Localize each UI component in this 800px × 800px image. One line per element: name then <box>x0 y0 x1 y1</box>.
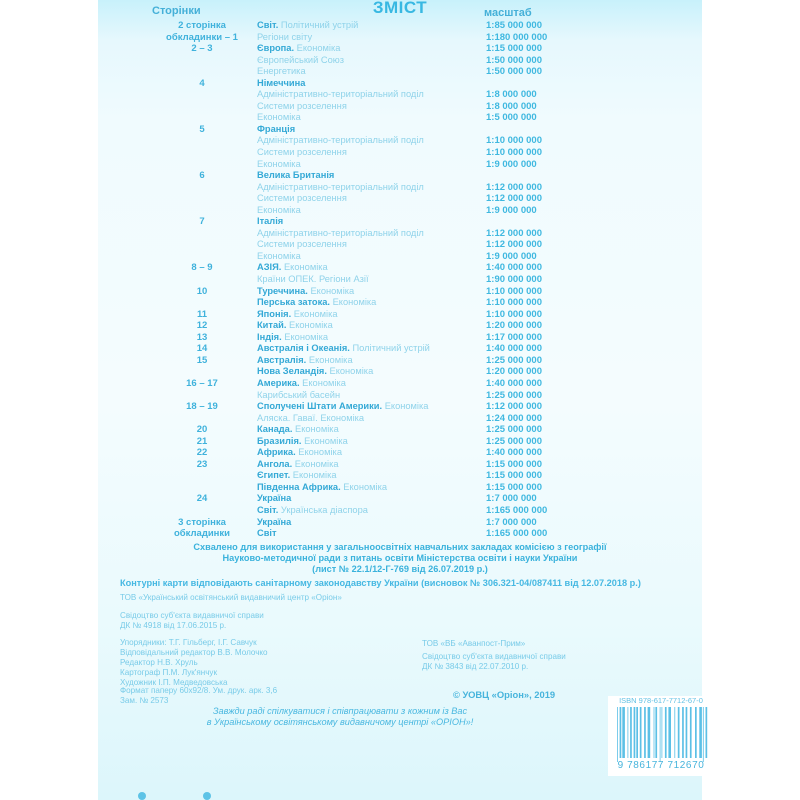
map-title: Економіка <box>257 112 301 124</box>
map-region: Австралія. <box>257 355 306 365</box>
page-number: 15 <box>158 355 246 367</box>
map-title: Адміністративно-територіальний поділ <box>257 135 424 147</box>
table-row: 15Австралія. Економіка1:25 000 000 <box>98 355 702 367</box>
map-title: Адміністративно-територіальний поділ <box>257 182 424 194</box>
credits: Упорядники: Т.Г. Гільберг, І.Г. Савчук В… <box>120 638 268 688</box>
table-row: Південна Африка. Економіка1:15 000 000 <box>98 482 702 494</box>
map-topic: Адміністративно-територіальний поділ <box>257 228 424 238</box>
approval-line: Науково-методичної ради з питань освіти … <box>98 553 702 564</box>
isbn-text: ISBN 978-617-7712-67-0 <box>608 696 714 705</box>
page-number: 24 <box>158 493 246 505</box>
pages-column-header: Сторінки <box>152 5 201 17</box>
print-format: Формат паперу 60х92/8. Ум. друк. арк. 3,… <box>120 686 277 706</box>
map-scale: 1:15 000 000 <box>486 470 542 482</box>
table-row: 12Китай. Економіка1:20 000 000 <box>98 320 702 332</box>
map-scale: 1:40 000 000 <box>486 378 542 390</box>
page-number: 12 <box>158 320 246 332</box>
map-region: Нова Зеландія. <box>257 366 327 376</box>
map-scale: 1:12 000 000 <box>486 239 542 251</box>
map-title: Світ <box>257 528 277 540</box>
map-topic: Системи розселення <box>257 193 347 203</box>
table-row: Енергетика1:50 000 000 <box>98 66 702 78</box>
table-row: обкладинкиСвіт1:165 000 000 <box>98 528 702 540</box>
map-topic: Економіка <box>301 436 347 446</box>
map-scale: 1:12 000 000 <box>486 182 542 194</box>
slogan-line: в Українському освітянському видавничому… <box>38 717 642 728</box>
table-row: 2 сторінкаСвіт. Політичний устрій1:85 00… <box>98 20 702 32</box>
table-row: 6Велика Британія <box>98 170 702 182</box>
map-scale: 1:9 000 000 <box>486 251 537 263</box>
map-title: Економіка <box>257 159 301 171</box>
page-number: 3 сторінка <box>158 517 246 529</box>
map-topic: Карибський басейн <box>257 390 340 400</box>
table-row: Економіка1:9 000 000 <box>98 205 702 217</box>
map-region: Бразилія. <box>257 436 301 446</box>
table-row: 14Австралія і Океанія. Політичний устрій… <box>98 343 702 355</box>
map-scale: 1:8 000 000 <box>486 101 537 113</box>
credit-line: Відповідальний редактор В.В. Молочко <box>120 648 268 658</box>
map-topic: Економіка <box>257 205 301 215</box>
page-number: 7 <box>158 216 246 228</box>
map-region: Америка. <box>257 378 300 388</box>
map-topic: Економіка <box>296 447 342 457</box>
map-topic: Адміністративно-територіальний поділ <box>257 89 424 99</box>
table-row: Перська затока. Економіка1:10 000 000 <box>98 297 702 309</box>
map-region: Німеччина <box>257 78 305 88</box>
map-title: Нова Зеландія. Економіка <box>257 366 373 378</box>
page-number: 6 <box>158 170 246 182</box>
map-scale: 1:15 000 000 <box>486 459 542 471</box>
map-title: Аляска. Гаваї. Економіка <box>257 413 364 425</box>
map-title: Канада. Економіка <box>257 424 339 436</box>
map-title: Регіони світу <box>257 32 312 44</box>
map-title: Велика Британія <box>257 170 334 182</box>
map-scale: 1:8 000 000 <box>486 89 537 101</box>
map-scale: 1:40 000 000 <box>486 343 542 355</box>
map-region: Південна Африка. <box>257 482 341 492</box>
table-row: 5Франція <box>98 124 702 136</box>
map-title: Бразилія. Економіка <box>257 436 348 448</box>
map-title: Європейський Союз <box>257 55 344 67</box>
table-row: 10Туреччина. Економіка1:10 000 000 <box>98 286 702 298</box>
page-number: обкладинки – 1 <box>158 32 246 44</box>
map-scale: 1:7 000 000 <box>486 493 537 505</box>
page-number: 2 – 3 <box>158 43 246 55</box>
map-region: Світ. <box>257 505 278 515</box>
map-topic: Економіка <box>257 251 301 261</box>
table-row: Адміністративно-територіальний поділ1:12… <box>98 182 702 194</box>
page-number: 22 <box>158 447 246 459</box>
map-scale: 1:180 000 000 <box>486 32 547 44</box>
table-row: 2 – 3Європа. Економіка1:15 000 000 <box>98 43 702 55</box>
slogan-line: Завжди раді спілкуватися і співпрацювати… <box>38 706 642 717</box>
map-topic: Політичний устрій <box>350 343 430 353</box>
table-row: Економіка1:9 000 000 <box>98 159 702 171</box>
certificate-line: Свідоцтво суб'єкта видавничої справи <box>120 611 264 621</box>
map-title: Південна Африка. Економіка <box>257 482 387 494</box>
barcode-icon <box>616 707 708 762</box>
page-number: 8 – 9 <box>158 262 246 274</box>
map-title: Сполучені Штати Америки. Економіка <box>257 401 428 413</box>
table-row: 3 сторінкаУкраїна1:7 000 000 <box>98 517 702 529</box>
map-scale: 1:24 000 000 <box>486 413 542 425</box>
map-title: Туреччина. Економіка <box>257 286 354 298</box>
table-row: 24Україна1:7 000 000 <box>98 493 702 505</box>
table-row: Нова Зеландія. Економіка1:20 000 000 <box>98 366 702 378</box>
approval-line: (лист № 22.1/12-Г-769 від 26.07.2019 р.) <box>98 564 702 575</box>
map-topic: Економіка <box>292 459 338 469</box>
page-number: 13 <box>158 332 246 344</box>
table-row: 22Африка. Економіка1:40 000 000 <box>98 447 702 459</box>
table-row: Адміністративно-територіальний поділ1:8 … <box>98 89 702 101</box>
map-region: Україна <box>257 517 291 527</box>
map-scale: 1:90 000 000 <box>486 274 542 286</box>
map-scale: 1:10 000 000 <box>486 297 542 309</box>
map-title: Світ. Політичний устрій <box>257 20 358 32</box>
map-topic: Європейський Союз <box>257 55 344 65</box>
table-row: Адміністративно-територіальний поділ1:12… <box>98 228 702 240</box>
table-row: 16 – 17Америка. Економіка1:40 000 000 <box>98 378 702 390</box>
map-title: Адміністративно-територіальний поділ <box>257 228 424 240</box>
map-region: Перська затока. <box>257 297 330 307</box>
map-region: Велика Британія <box>257 170 334 180</box>
credit-line: Редактор Н.В. Хруль <box>120 658 268 668</box>
map-topic: Економіка <box>290 470 336 480</box>
map-region: Сполучені Штати Америки. <box>257 401 382 411</box>
table-row: Економіка1:5 000 000 <box>98 112 702 124</box>
map-title: Америка. Економіка <box>257 378 346 390</box>
map-topic: Економіка <box>291 309 337 319</box>
map-scale: 1:12 000 000 <box>486 401 542 413</box>
map-title: Світ. Українська діаспора <box>257 505 368 517</box>
page-number: 10 <box>158 286 246 298</box>
page-number: 16 – 17 <box>158 378 246 390</box>
map-topic: Адміністративно-територіальний поділ <box>257 182 424 192</box>
scale-column-header: масштаб <box>484 7 532 19</box>
map-topic: Адміністративно-територіальний поділ <box>257 135 424 145</box>
table-row: Європейський Союз1:50 000 000 <box>98 55 702 67</box>
map-region: Світ. <box>257 20 278 30</box>
map-topic: Регіони світу <box>257 32 312 42</box>
map-scale: 1:25 000 000 <box>486 355 542 367</box>
map-region: Україна <box>257 493 291 503</box>
map-scale: 1:85 000 000 <box>486 20 542 32</box>
table-row: 18 – 19Сполучені Штати Америки. Економік… <box>98 401 702 413</box>
map-scale: 1:50 000 000 <box>486 55 542 67</box>
map-title: Перська затока. Економіка <box>257 297 376 309</box>
slogan: Завжди раді спілкуватися і співпрацювати… <box>38 706 642 728</box>
map-title: Європа. Економіка <box>257 43 340 55</box>
map-scale: 1:10 000 000 <box>486 135 542 147</box>
map-scale: 1:17 000 000 <box>486 332 542 344</box>
map-topic: Економіка <box>327 366 373 376</box>
map-topic: Економіка <box>330 297 376 307</box>
map-region: Світ <box>257 528 277 538</box>
map-scale: 1:165 000 000 <box>486 505 547 517</box>
page-number: 23 <box>158 459 246 471</box>
map-scale: 1:165 000 000 <box>486 528 547 540</box>
map-title: АЗІЯ. Економіка <box>257 262 328 274</box>
table-row: 11Японія. Економіка1:10 000 000 <box>98 309 702 321</box>
table-row: Адміністративно-територіальний поділ1:10… <box>98 135 702 147</box>
map-scale: 1:9 000 000 <box>486 205 537 217</box>
page-number: 2 сторінка <box>158 20 246 32</box>
map-scale: 1:25 000 000 <box>486 424 542 436</box>
map-title: Австралія. Економіка <box>257 355 353 367</box>
map-region: Єгипет. <box>257 470 290 480</box>
map-region: Франція <box>257 124 295 134</box>
map-title: Франція <box>257 124 295 136</box>
map-scale: 1:25 000 000 <box>486 436 542 448</box>
table-row: Аляска. Гаваї. Економіка1:24 000 000 <box>98 413 702 425</box>
map-title: Карибський басейн <box>257 390 340 402</box>
publisher-name: ТОВ «Український освітянський видавничий… <box>120 593 342 603</box>
map-title: Енергетика <box>257 66 306 78</box>
decorative-dot <box>138 792 146 800</box>
map-region: Китай. <box>257 320 286 330</box>
map-scale: 1:10 000 000 <box>486 309 542 321</box>
map-topic: Системи розселення <box>257 239 347 249</box>
map-scale: 1:7 000 000 <box>486 517 537 529</box>
map-title: Системи розселення <box>257 193 347 205</box>
table-row: Системи розселення1:10 000 000 <box>98 147 702 159</box>
map-topic: Системи розселення <box>257 147 347 157</box>
page-number: обкладинки <box>158 528 246 540</box>
table-row: 20Канада. Економіка1:25 000 000 <box>98 424 702 436</box>
certificate-line: ДК № 3843 від 22.07.2010 р. <box>422 662 566 672</box>
map-title: Системи розселення <box>257 239 347 251</box>
table-row: 8 – 9АЗІЯ. Економіка1:40 000 000 <box>98 262 702 274</box>
map-topic: Енергетика <box>257 66 306 76</box>
table-row: Системи розселення1:12 000 000 <box>98 193 702 205</box>
back-cover-page: ЗМІСТ Сторінки масштаб 2 сторінкаСвіт. П… <box>98 0 702 800</box>
map-scale: 1:12 000 000 <box>486 193 542 205</box>
map-title: Україна <box>257 517 291 529</box>
map-scale: 1:15 000 000 <box>486 43 542 55</box>
map-topic: Українська діаспора <box>278 505 368 515</box>
table-row: обкладинки – 1Регіони світу1:180 000 000 <box>98 32 702 44</box>
table-row: 4Німеччина <box>98 78 702 90</box>
map-topic: Економіка <box>257 112 301 122</box>
map-scale: 1:25 000 000 <box>486 390 542 402</box>
map-topic: Економіка <box>382 401 428 411</box>
page-number: 20 <box>158 424 246 436</box>
table-row: Економіка1:9 000 000 <box>98 251 702 263</box>
map-title: Німеччина <box>257 78 305 90</box>
map-scale: 1:10 000 000 <box>486 286 542 298</box>
map-scale: 1:20 000 000 <box>486 366 542 378</box>
map-scale: 1:40 000 000 <box>486 262 542 274</box>
table-row: 21Бразилія. Економіка1:25 000 000 <box>98 436 702 448</box>
map-topic: Економіка <box>300 378 346 388</box>
map-region: Італія <box>257 216 283 226</box>
map-topic: Країни ОПЕК. Регіони Азії <box>257 274 369 284</box>
page-number: 5 <box>158 124 246 136</box>
map-scale: 1:12 000 000 <box>486 228 542 240</box>
map-topic: Економіка <box>308 286 354 296</box>
map-scale: 1:40 000 000 <box>486 447 542 459</box>
table-row: Карибський басейн1:25 000 000 <box>98 390 702 402</box>
page-number: 21 <box>158 436 246 448</box>
map-region: Японія. <box>257 309 291 319</box>
map-topic: Аляска. Гаваї. Економіка <box>257 413 364 423</box>
table-row: 7Італія <box>98 216 702 228</box>
page-number: 11 <box>158 309 246 321</box>
map-scale: 1:10 000 000 <box>486 147 542 159</box>
map-title: Індія. Економіка <box>257 332 328 344</box>
map-topic: Економіка <box>294 43 340 53</box>
map-region: Європа. <box>257 43 294 53</box>
map-region: Австралія і Океанія. <box>257 343 350 353</box>
certificate-line: Свідоцтво суб'єкта видавничої справи <box>422 652 566 662</box>
credit-line: Упорядники: Т.Г. Гільберг, І.Г. Савчук <box>120 638 268 648</box>
format-line: Формат паперу 60х92/8. Ум. друк. арк. 3,… <box>120 686 277 696</box>
map-topic: Політичний устрій <box>278 20 358 30</box>
table-row: Системи розселення1:12 000 000 <box>98 239 702 251</box>
table-row: Світ. Українська діаспора1:165 000 000 <box>98 505 702 517</box>
map-region: Індія. <box>257 332 282 342</box>
map-topic: Економіка <box>341 482 387 492</box>
map-region: Канада. <box>257 424 292 434</box>
map-scale: 1:20 000 000 <box>486 320 542 332</box>
table-row: Системи розселення1:8 000 000 <box>98 101 702 113</box>
map-title: Економіка <box>257 251 301 263</box>
page-number: 18 – 19 <box>158 401 246 413</box>
map-title: Країни ОПЕК. Регіони Азії <box>257 274 369 286</box>
map-topic: Системи розселення <box>257 101 347 111</box>
map-title: Україна <box>257 493 291 505</box>
publisher-certificate: Свідоцтво суб'єкта видавничої справи ДК … <box>120 611 264 631</box>
barcode-block: ISBN 978-617-7712-67-0 9 786177 712670 <box>608 696 714 776</box>
map-title: Єгипет. Економіка <box>257 470 337 482</box>
table-row: Єгипет. Економіка1:15 000 000 <box>98 470 702 482</box>
map-topic: Економіка <box>281 262 327 272</box>
sanitary-note: Контурні карти відповідають санітарному … <box>120 578 641 588</box>
map-title: Італія <box>257 216 283 228</box>
map-region: АЗІЯ. <box>257 262 281 272</box>
map-topic: Економіка <box>292 424 338 434</box>
map-title: Японія. Економіка <box>257 309 338 321</box>
map-region: Африка. <box>257 447 296 457</box>
map-title: Системи розселення <box>257 101 347 113</box>
map-title: Ангола. Економіка <box>257 459 339 471</box>
map-scale: 1:9 000 000 <box>486 159 537 171</box>
map-title: Системи розселення <box>257 147 347 159</box>
copyright: © УОВЦ «Оріон», 2019 <box>453 689 555 700</box>
table-row: 13Індія. Економіка1:17 000 000 <box>98 332 702 344</box>
map-scale: 1:50 000 000 <box>486 66 542 78</box>
credit-line: Картограф П.М. Лук'янчук <box>120 668 268 678</box>
page-number: 14 <box>158 343 246 355</box>
approval-line: Схвалено для використання у загальноосві… <box>98 542 702 553</box>
certificate-line: ДК № 4918 від 17.06.2015 р. <box>120 621 264 631</box>
map-topic: Економіка <box>257 159 301 169</box>
order-number: Зам. № 2573 <box>120 696 277 706</box>
table-row: Країни ОПЕК. Регіони Азії1:90 000 000 <box>98 274 702 286</box>
printer-name: ТОВ «ВБ «Аванпост-Прим» <box>422 639 525 649</box>
map-title: Адміністративно-територіальний поділ <box>257 89 424 101</box>
map-title: Китай. Економіка <box>257 320 333 332</box>
approval-statement: Схвалено для використання у загальноосві… <box>98 542 702 575</box>
contents-table: 2 сторінкаСвіт. Політичний устрій1:85 00… <box>98 20 702 540</box>
map-title: Економіка <box>257 205 301 217</box>
map-title: Африка. Економіка <box>257 447 342 459</box>
decorative-dot <box>203 792 211 800</box>
map-topic: Економіка <box>306 355 352 365</box>
map-region: Ангола. <box>257 459 292 469</box>
map-scale: 1:15 000 000 <box>486 482 542 494</box>
page-number: 4 <box>158 78 246 90</box>
table-row: 23Ангола. Економіка1:15 000 000 <box>98 459 702 471</box>
ean-number: 9 786177 712670 <box>608 760 714 771</box>
map-scale: 1:5 000 000 <box>486 112 537 124</box>
printer-certificate: Свідоцтво суб'єкта видавничої справи ДК … <box>422 652 566 672</box>
map-title: Австралія і Океанія. Політичний устрій <box>257 343 430 355</box>
map-topic: Економіка <box>286 320 332 330</box>
map-topic: Економіка <box>282 332 328 342</box>
map-region: Туреччина. <box>257 286 308 296</box>
